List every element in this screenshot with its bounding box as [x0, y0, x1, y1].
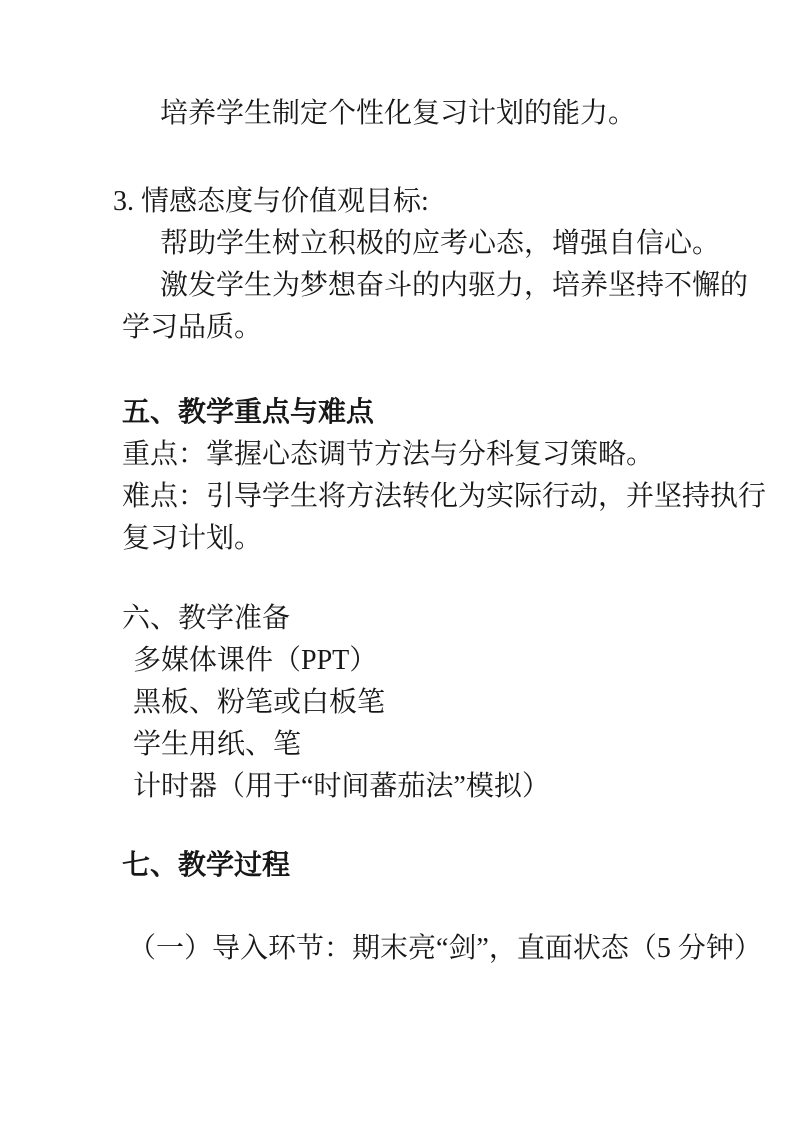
- heading-section-5-key-points: 五、教学重点与难点: [122, 392, 675, 434]
- paragraph-inspire-drive-line2: 学习品质。: [122, 307, 675, 349]
- paragraph-inspire-drive-line1: 激发学生为梦想奋斗的内驱力，培养坚持不懈的: [122, 265, 675, 307]
- paragraph-difficulty-line2: 复习计划。: [122, 518, 675, 560]
- list-item-ppt-courseware: 多媒体课件（PPT）: [133, 640, 675, 682]
- numbered-item-3-affective-goals: 3. 情感态度与价值观目标:: [113, 181, 675, 223]
- list-item-student-paper-pen: 学生用纸、笔: [133, 724, 675, 766]
- list-item-blackboard-pens: 黑板、粉笔或白板笔: [133, 682, 675, 724]
- paragraph-help-students-mindset: 帮助学生树立积极的应考心态，增强自信心。: [122, 223, 675, 265]
- paragraph-difficulty-line1: 难点：引导学生将方法转化为实际行动，并坚持执行: [122, 476, 675, 518]
- paragraph-key-point: 重点：掌握心态调节方法与分科复习策略。: [122, 434, 675, 476]
- list-item-timer: 计时器（用于“时间蕃茄法”模拟）: [133, 766, 675, 808]
- paragraph-cultivate-plan-ability: 培养学生制定个性化复习计划的能力。: [122, 93, 675, 135]
- document-page: 培养学生制定个性化复习计划的能力。 3. 情感态度与价值观目标: 帮助学生树立积…: [0, 0, 793, 1122]
- heading-section-7-process: 七、教学过程: [122, 845, 675, 887]
- heading-section-6-preparation: 六、教学准备: [122, 598, 675, 640]
- heading-step-1-intro: （一）导入环节：期末亮“剑”，直面状态（5 分钟）: [128, 928, 675, 970]
